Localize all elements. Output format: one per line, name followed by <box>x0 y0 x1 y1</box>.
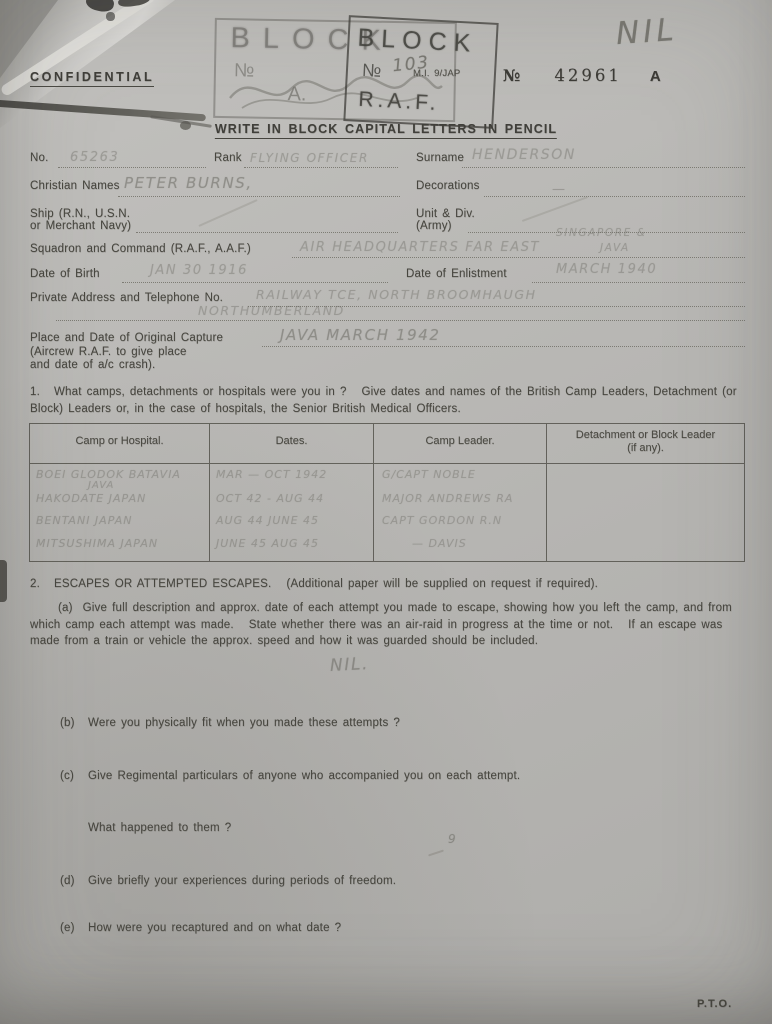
stamp-raf-text: R.A.F. <box>358 88 440 116</box>
field-dob-value: JAN 30 1916 <box>150 263 248 278</box>
pencil-smudge <box>428 850 444 857</box>
table-row-camp-sub: JAVA <box>88 480 114 491</box>
question-2d-label: (d) <box>60 875 75 887</box>
question-2e-text: How were you recaptured and on what date… <box>88 922 341 934</box>
stamp-no-label: № <box>361 60 381 82</box>
serial-number: №42961A <box>503 66 661 85</box>
field-squadron-label: Squadron and Command (R.A.F., A.A.F.) <box>30 243 251 255</box>
question-1-number: 1. <box>30 386 40 398</box>
pow-questionnaire-page: CONFIDENTIAL BLOCK № A. BLOCK № 103 R.A.… <box>0 0 772 1024</box>
field-surname-label: Surname <box>416 152 464 164</box>
field-capture-label: Place and Date of Original Capture <box>30 332 223 344</box>
field-enlistment-label: Date of Enlistment <box>406 268 507 280</box>
field-christian-names-value: PETER BURNS, <box>124 174 253 192</box>
pencil-smudge <box>522 196 588 222</box>
fill-line <box>484 196 745 197</box>
table-row-leader: CAPT GORDON R.N <box>382 514 502 527</box>
fill-line <box>292 257 745 258</box>
stray-pencil-mark: 9 <box>448 832 457 846</box>
field-address-value: RAILWAY TCE, NORTH BROOMHAUGH <box>256 287 537 302</box>
table-row-camp: HAKODATE JAPAN <box>36 492 146 505</box>
field-rank-value: FLYING OFFICER <box>250 151 369 165</box>
field-unit-label: Unit & Div. <box>416 208 475 220</box>
field-capture-value: JAVA MARCH 1942 <box>280 326 441 344</box>
camp-table-header: Camp or Hospital. Dates. Camp Leader. De… <box>30 424 744 464</box>
question-2c-followup: What happened to them ? <box>88 822 231 834</box>
detachment-column <box>547 464 744 561</box>
question-2a-text: Give full description and approx. date o… <box>30 602 737 647</box>
fill-line <box>532 282 745 283</box>
form-reference: M.I. 9/JAP <box>413 68 460 79</box>
field-dob-label: Date of Birth <box>30 268 100 280</box>
torn-paper-mark <box>106 12 115 21</box>
table-row-camp: MITSUSHIMA JAPAN <box>36 537 158 550</box>
fill-line <box>244 167 398 168</box>
table-row-dates: OCT 42 - AUG 44 <box>216 492 324 505</box>
question-2b-text: Were you physically fit when you made th… <box>88 717 400 729</box>
table-row-camp: BENTANI JAPAN <box>36 514 133 527</box>
question-2c-text: Give Regimental particulars of anyone wh… <box>88 770 520 782</box>
field-no-value: 65263 <box>70 150 119 165</box>
field-ship-label2: or Merchant Navy) <box>30 220 131 232</box>
field-address-value2: NORTHUMBERLAND <box>198 303 345 318</box>
squadron-note-top: SINGAPORE & <box>556 227 647 239</box>
serial-no-label: № <box>503 66 520 85</box>
question-2-heading-text: ESCAPES OR ATTEMPTED ESCAPES. (Additiona… <box>54 578 598 590</box>
serial-suffix: A <box>650 68 661 85</box>
camp-table: Camp or Hospital. Dates. Camp Leader. De… <box>29 423 745 562</box>
question-1-text: What camps, detachments or hospitals wer… <box>30 386 742 415</box>
question-2-number: 2. <box>30 578 40 590</box>
question-2a-label: (a) <box>58 602 73 614</box>
fill-line <box>56 320 745 321</box>
table-row-leader: G/CAPT NOBLE <box>382 468 476 481</box>
field-address-label: Private Address and Telephone No. <box>30 292 223 304</box>
field-surname-value: HENDERSON <box>472 147 576 163</box>
question-2a: (a)Give full description and approx. dat… <box>30 600 746 650</box>
field-enlistment-value: MARCH 1940 <box>556 262 657 277</box>
field-capture-label3: and date of a/c crash). <box>30 359 155 371</box>
question-2c-label: (c) <box>60 770 74 782</box>
edge-tear <box>0 560 7 602</box>
fill-line <box>118 196 400 197</box>
header-camp-leader: Camp Leader. <box>374 424 547 463</box>
field-decorations-label: Decorations <box>416 180 480 192</box>
field-rank-label: Rank <box>214 152 242 164</box>
question-2d-text: Give briefly your experiences during per… <box>88 875 396 887</box>
fill-line <box>462 167 745 168</box>
table-row-dates: MAR — OCT 1942 <box>216 468 327 481</box>
pencil-smudge <box>198 199 257 227</box>
ink-blob <box>180 121 191 130</box>
field-capture-label2: (Aircrew R.A.F. to give place <box>30 346 187 358</box>
header-detachment-leader: Detachment or Block Leader (if any). <box>547 424 744 463</box>
table-row-dates: AUG 44 JUNE 45 <box>216 514 319 527</box>
field-no-label: No. <box>30 152 49 164</box>
field-unit-label2: (Army) <box>416 220 452 232</box>
question-2e-label: (e) <box>60 922 75 934</box>
confidential-label: CONFIDENTIAL <box>30 70 154 87</box>
serial-digits: 42961 <box>554 66 622 85</box>
field-ship-label: Ship (R.N., U.S.N. <box>30 208 130 220</box>
fill-line <box>262 346 745 347</box>
table-row-dates: JUNE 45 AUG 45 <box>216 537 319 550</box>
header-camp-or-hospital: Camp or Hospital. <box>30 424 210 463</box>
table-row-leader: — DAVIS <box>412 537 467 550</box>
fill-line <box>136 232 398 233</box>
table-row-leader: MAJOR ANDREWS RA <box>382 492 513 505</box>
squadron-note-bottom: JAVA <box>600 242 630 254</box>
fill-line <box>122 282 388 283</box>
pto-label: P.T.O. <box>697 998 732 1010</box>
question-2a-answer: NIL. <box>330 654 370 676</box>
field-christian-names-label: Christian Names <box>30 180 120 192</box>
form-title: WRITE IN BLOCK CAPITAL LETTERS IN PENCIL <box>215 122 557 139</box>
fill-line <box>58 167 206 168</box>
field-decorations-value: — <box>552 182 567 197</box>
field-squadron-value: AIR HEADQUARTERS FAR EAST <box>300 240 540 255</box>
header-dates: Dates. <box>210 424 374 463</box>
question-1: 1.What camps, detachments or hospitals w… <box>30 384 746 417</box>
question-2b-label: (b) <box>60 717 75 729</box>
nil-annotation: NIL <box>615 12 679 52</box>
question-2-heading: 2.ESCAPES OR ATTEMPTED ESCAPES. (Additio… <box>30 576 746 593</box>
